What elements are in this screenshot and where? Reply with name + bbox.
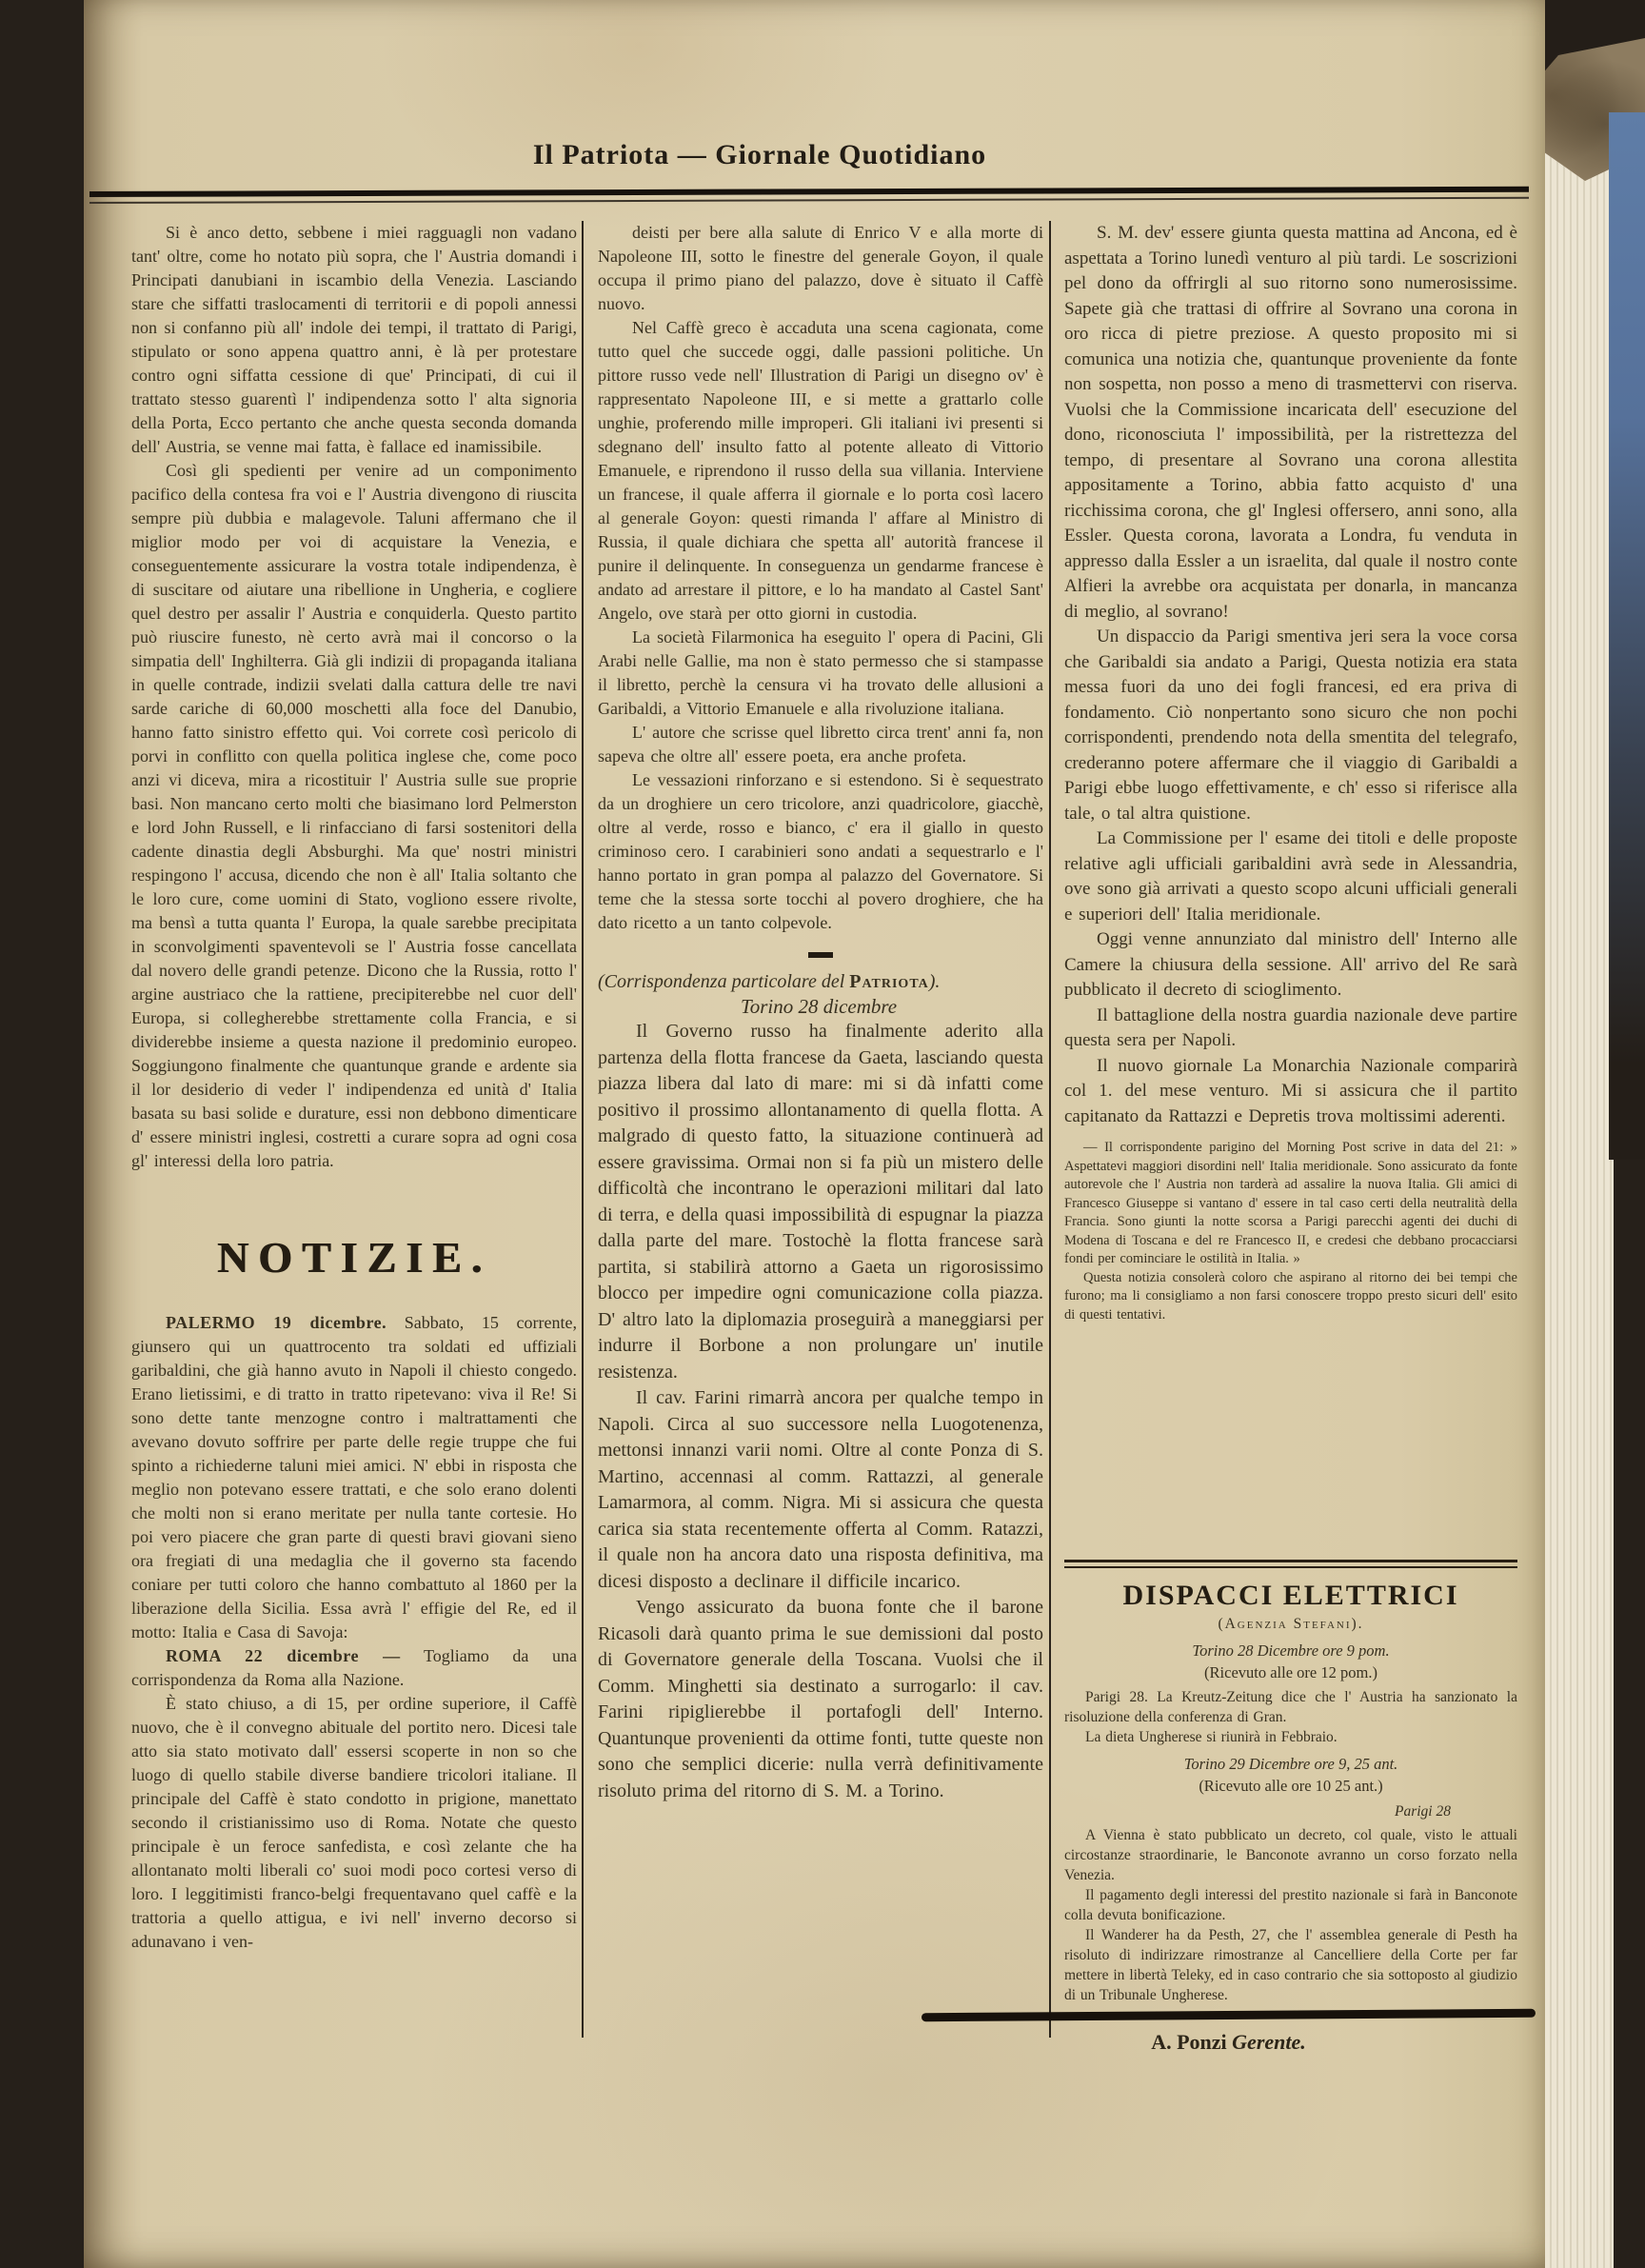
small-print-note: — Il corrispondente parigino del Morning… <box>1064 1139 1517 1324</box>
gerente-name: A. Ponzi <box>1151 2030 1226 2054</box>
paragraph: È stato chiuso, a di 15, per ordine supe… <box>131 1692 577 1954</box>
dispatches-heading: DISPACCI ELETTRICI <box>1064 1580 1517 1612</box>
book-page-stack-edge <box>1543 88 1614 2268</box>
column-2-news: deisti per bere alla salute di Enrico V … <box>598 221 1043 935</box>
byline-paper-name: Patriota <box>849 971 928 992</box>
paragraph-text: Sabbato, 15 corrente, giunsero qui un qu… <box>131 1313 577 1641</box>
paragraph: — Il corrispondente parigino del Morning… <box>1064 1139 1517 1269</box>
masthead-rule-thick <box>89 187 1529 197</box>
section-dash-divider <box>808 952 833 958</box>
paragraph: Vengo assicurato da buona fonte che il b… <box>598 1595 1043 1804</box>
paragraph: Il nuovo giornale La Monarchia Nazionale… <box>1064 1054 1517 1130</box>
notizie-section: NOTIZIE. PALERMO 19 dicembre. Sabbato, 1… <box>131 1226 577 2041</box>
paragraph: L' autore che scrisse quel libretto circ… <box>598 721 1043 768</box>
book-cover-edge <box>1609 112 1645 1160</box>
paragraph: Questa notizia consolerà coloro che aspi… <box>1064 1269 1517 1325</box>
dispatch-body: Il pagamento degli interessi del prestit… <box>1064 1885 1517 1925</box>
newspaper-page: Il Patriota — Giornale Quotidiano Si è a… <box>84 0 1545 2268</box>
paragraph: Così gli spedienti per venire ad un comp… <box>131 459 577 1173</box>
paragraph: La Commissione per l' esame dei titoli e… <box>1064 826 1517 927</box>
dateline-lead: PALERMO 19 dicembre. <box>166 1313 386 1332</box>
column-divider-1 <box>582 221 584 2038</box>
dispatch-place: Parigi 28 <box>1064 1800 1517 1822</box>
paragraph: deisti per bere alla salute di Enrico V … <box>598 221 1043 316</box>
paragraph: Oggi venne annunziato dal ministro dell'… <box>1064 927 1517 1004</box>
paragraph: Un dispaccio da Parigi smentiva jeri ser… <box>1064 625 1517 826</box>
paragraph: Il Governo russo ha finalmente aderito a… <box>598 1019 1043 1385</box>
agency-line: (Agenzia Stefani). <box>1064 1614 1517 1634</box>
dispatch-body: La dieta Ungherese si riunirà in Febbrai… <box>1064 1727 1517 1747</box>
masthead-title: Il Patriota — Giornale Quotidiano <box>84 139 1436 171</box>
column-3: S. M. dev' essere giunta questa mattina … <box>1064 221 1517 2059</box>
dateline-lead: ROMA 22 dicembre — <box>166 1646 401 1665</box>
dispatch-received: (Ricevuto alle ore 12 pom.) <box>1064 1661 1517 1683</box>
section-double-rule <box>1064 1560 1517 1568</box>
paragraph: Si è anco detto, sebbene i miei ragguagl… <box>131 221 577 459</box>
paragraph: Il battaglione della nostra guardia nazi… <box>1064 1004 1517 1054</box>
gerente-title: Gerente. <box>1232 2030 1306 2054</box>
column-divider-2 <box>1049 221 1051 2038</box>
dispatch-body: Il Wanderer ha da Pesth, 27, che l' asse… <box>1064 1925 1517 2005</box>
paragraph: Nel Caffè greco è accaduta una scena cag… <box>598 316 1043 626</box>
correspondence-byline: (Corrispondenza particolare del Patriota… <box>598 969 1043 994</box>
gerente-line: A. Ponzi Gerente. <box>922 2030 1536 2055</box>
byline-text: (Corrispondenza particolare del <box>598 971 844 992</box>
column-2: deisti per bere alla salute di Enrico V … <box>598 221 1043 2041</box>
dispatch-received: (Ricevuto alle ore 10 25 ant.) <box>1064 1775 1517 1797</box>
paragraph: Il cav. Farini rimarrà ancora per qualch… <box>598 1385 1043 1595</box>
paragraph: Le vessazioni rinforzano e si estendono.… <box>598 768 1043 935</box>
column-3-news: S. M. dev' essere giunta questa mattina … <box>1064 221 1517 1554</box>
column-1-lead-article: Si è anco detto, sebbene i miei ragguagl… <box>131 221 577 1223</box>
dispatch-body: Parigi 28. La Kreutz-Zeitung dice che l'… <box>1064 1687 1517 1727</box>
paragraph-palermo: PALERMO 19 dicembre. Sabbato, 15 corrent… <box>131 1311 577 1644</box>
notizie-heading: NOTIZIE. <box>131 1232 577 1283</box>
paragraph: S. M. dev' essere giunta questa mattina … <box>1064 221 1517 625</box>
dispatches-section: DISPACCI ELETTRICI (Agenzia Stefani). To… <box>1064 1560 1517 2013</box>
masthead-rule-thin <box>89 197 1529 204</box>
correspondence-dateline: Torino 28 dicembre <box>598 994 1043 1019</box>
dispatch-dateline: Torino 29 Dicembre ore 9, 25 ant. <box>1064 1753 1517 1775</box>
dispatch-dateline: Torino 28 Dicembre ore 9 pom. <box>1064 1640 1517 1661</box>
paragraph-roma: ROMA 22 dicembre — Togliamo da una corri… <box>131 1644 577 1692</box>
correspondence-body: Il Governo russo ha finalmente aderito a… <box>598 1019 1043 1804</box>
scanned-newspaper-photo: { "masthead": { "title": "Il Patriota — … <box>0 0 1645 2268</box>
paragraph: La società Filarmonica ha eseguito l' op… <box>598 626 1043 721</box>
column-1: Si è anco detto, sebbene i miei ragguagl… <box>131 221 577 2041</box>
byline-text: ). <box>929 971 941 992</box>
dispatch-body: A Vienna è stato pubblicato un decreto, … <box>1064 1825 1517 1885</box>
